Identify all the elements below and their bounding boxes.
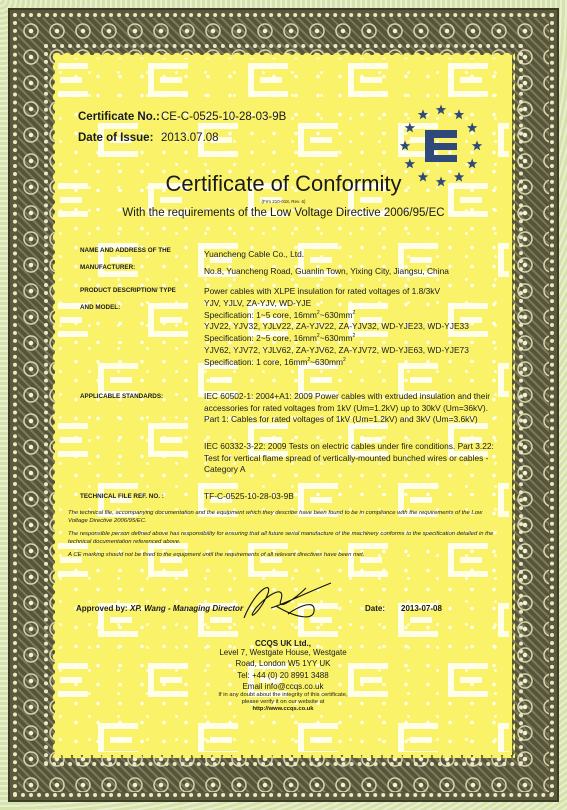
- product-line: Specification: 1 core, 16mm2~630mm2: [204, 357, 504, 369]
- product-line: Specification: 2~5 core, 16mm2~630mm2: [204, 333, 504, 345]
- issuer-block: CCQS UK Ltd., Level 7, Westgate House, W…: [168, 639, 398, 712]
- logo-star-icon: [436, 177, 446, 187]
- product-label: PRODUCT DESCRIPTION/ TYPE AND MODEL:: [80, 282, 195, 316]
- logo-star-icon: [418, 172, 428, 182]
- product-value: Power cables with XLPE insulation for ra…: [204, 286, 504, 369]
- logo-star-icon: [400, 141, 410, 151]
- approved-by-label: Approved by:: [76, 604, 128, 613]
- document-subtitle: With the requirements of the Low Voltage…: [58, 207, 509, 219]
- issuer-address-line1: Level 7, Westgate House, Westgate: [168, 648, 398, 659]
- technical-file-value: TF-C-0525-10-28-03-9B: [204, 491, 504, 503]
- issuer-website-link[interactable]: http://www.ccqs.co.uk: [168, 706, 398, 712]
- manufacturer-label-line2: MANUFACTURER:: [80, 259, 195, 276]
- product-line: Power cables with XLPE insulation for ra…: [204, 286, 504, 298]
- certificate-number-label: Certificate No.:: [78, 111, 160, 123]
- logo-star-icon: [467, 159, 478, 169]
- product-line: Specification: 1~5 core, 16mm2~630mm2: [204, 310, 504, 322]
- logo-star-icon: [454, 109, 464, 119]
- standards-label: APPLICABLE STANDARDS:: [80, 388, 195, 405]
- approver-name: XP. Wang - Managing Director: [130, 604, 243, 613]
- note-responsibility: The responsible person defined above has…: [68, 531, 498, 546]
- manufacturer-name: Yuancheng Cable Co., Ltd.: [204, 246, 504, 263]
- date-of-issue-label: Date of Issue:: [78, 132, 153, 144]
- manufacturer-value: Yuancheng Cable Co., Ltd. No.8, Yuanchen…: [204, 246, 504, 280]
- product-line: YJV62, YJV72, YJLV62, ZA-YJV62, ZA-YJV72…: [204, 345, 504, 357]
- technical-file-label: TECHNICAL FILE REF. NO. :: [80, 488, 195, 505]
- verify-line2: please verify it on our website at: [168, 699, 398, 706]
- signature: [236, 578, 336, 626]
- logo-star-icon: [467, 123, 478, 133]
- logo-star-icon: [405, 159, 416, 169]
- issuer-name: CCQS UK Ltd.,: [168, 639, 398, 648]
- logo-star-icon: [436, 105, 446, 115]
- date-of-issue: 2013.07.08: [161, 132, 219, 144]
- logo-star-icon: [472, 141, 482, 151]
- note-compliance: The technical file, accompanying documen…: [68, 510, 498, 525]
- e-stars-icon: [395, 100, 485, 190]
- approval-date: 2013-07-08: [401, 604, 442, 613]
- logo-star-icon: [405, 123, 416, 133]
- ccqs-logo: [395, 100, 485, 190]
- verify-line1: If in any doubt about the integrity of t…: [168, 692, 398, 699]
- note-ce-marking: A CE marking should not be fixed to the …: [68, 552, 498, 560]
- standard-iec-60502: IEC 60502-1: 2004+A1: 2009 Power cables …: [204, 391, 504, 426]
- logo-star-icon: [454, 172, 464, 182]
- approval-date-label: Date:: [365, 604, 385, 613]
- product-label-line2: AND MODEL:: [80, 299, 195, 316]
- standard-iec-60332: IEC 60332-3-22: 2009 Tests on electric c…: [204, 441, 504, 476]
- product-line: YJV, YJLV, ZA-YJV, WD-YJE: [204, 298, 504, 310]
- logo-star-icon: [418, 109, 428, 119]
- certificate-number: CE-C-0525-10-28-03-9B: [161, 111, 286, 123]
- issuer-tel: Tel: +44 (0) 20 8991 3488: [168, 671, 398, 682]
- issuer-address-line2: Road, London W5 1YY UK: [168, 659, 398, 670]
- form-reference: (Frm 210-018, Rev. 6): [58, 199, 509, 204]
- manufacturer-label: NAME AND ADDRESS OF THE MANUFACTURER:: [80, 242, 195, 276]
- issuer-email: Email info@ccqs.co.uk: [168, 682, 398, 693]
- manufacturer-address: No.8, Yuancheng Road, Guanlin Town, Yixi…: [204, 263, 504, 280]
- product-label-line1: PRODUCT DESCRIPTION/ TYPE: [80, 282, 195, 299]
- product-line: YJV22, YJV32, YJLV22, ZA-YJV22, ZA-YJV32…: [204, 321, 504, 333]
- manufacturer-label-line1: NAME AND ADDRESS OF THE: [80, 242, 195, 259]
